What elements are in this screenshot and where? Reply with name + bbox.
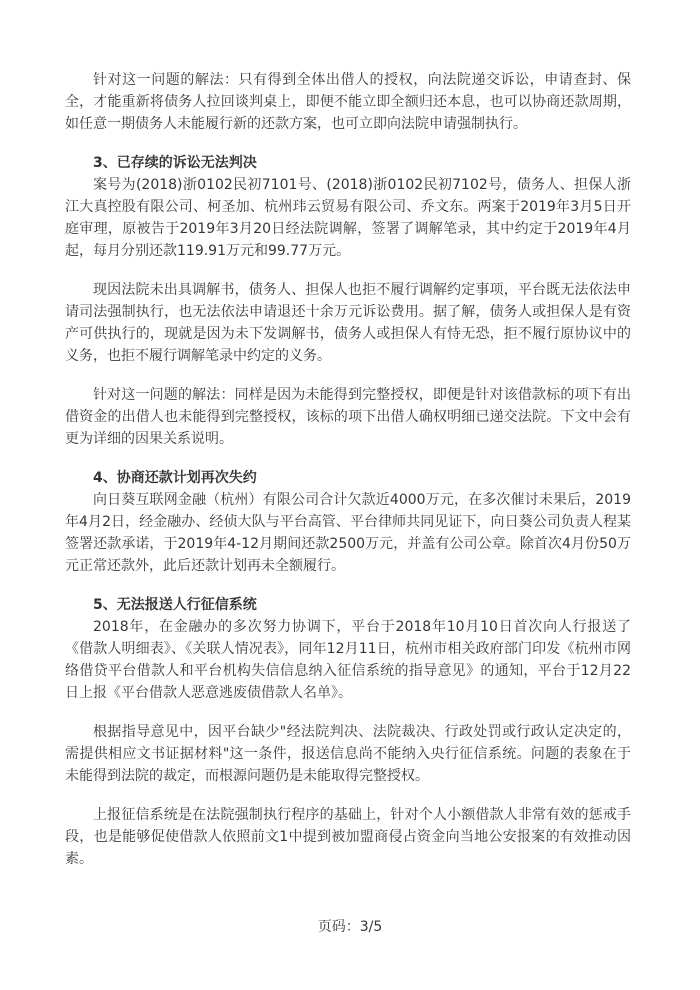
paragraph-court-mediation: 现因法院未出具调解书，债务人、担保人也拒不履行调解约定事项，平台既无法依法申请司… — [65, 279, 631, 367]
paragraph-credit-report-2018: 2018年，在金融办的多次努力协调下，平台于2018年10月10日首次向人行报送… — [65, 616, 631, 704]
paragraph-repayment-plan: 向日葵互联网金融（杭州）有限公司合计欠款近4000万元，在多次催讨未果后，201… — [65, 489, 631, 577]
paragraph-solution-2: 针对这一问题的解法：同样是因为未能得到完整授权，即便是针对该借款标的项下有出借资… — [65, 384, 631, 450]
paragraph-case-numbers: 案号为(2018)浙0102民初7101号、(2018)浙0102民初7102号… — [65, 174, 631, 262]
section-heading-4: 4、协商还款计划再次失约 — [65, 467, 631, 489]
page-number-footer: 页码：3/5 — [0, 916, 700, 938]
document-page: 针对这一问题的解法：只有得到全体出借人的授权，向法院递交诉讼，申请查封、保全，才… — [65, 69, 631, 887]
paragraph-guidance-opinion: 根据指导意见中，因平台缺少"经法院判决、法院裁决、行政处罚或行政认定决定的，需提… — [65, 721, 631, 787]
paragraph-credit-system-effect: 上报征信系统是在法院强制执行程序的基础上，针对个人小额借款人非常有效的惩戒手段，… — [65, 804, 631, 870]
paragraph-solution-1: 针对这一问题的解法：只有得到全体出借人的授权，向法院递交诉讼，申请查封、保全，才… — [65, 69, 631, 135]
section-heading-3: 3、已存续的诉讼无法判决 — [65, 152, 631, 174]
section-heading-5: 5、无法报送人行征信系统 — [65, 594, 631, 616]
